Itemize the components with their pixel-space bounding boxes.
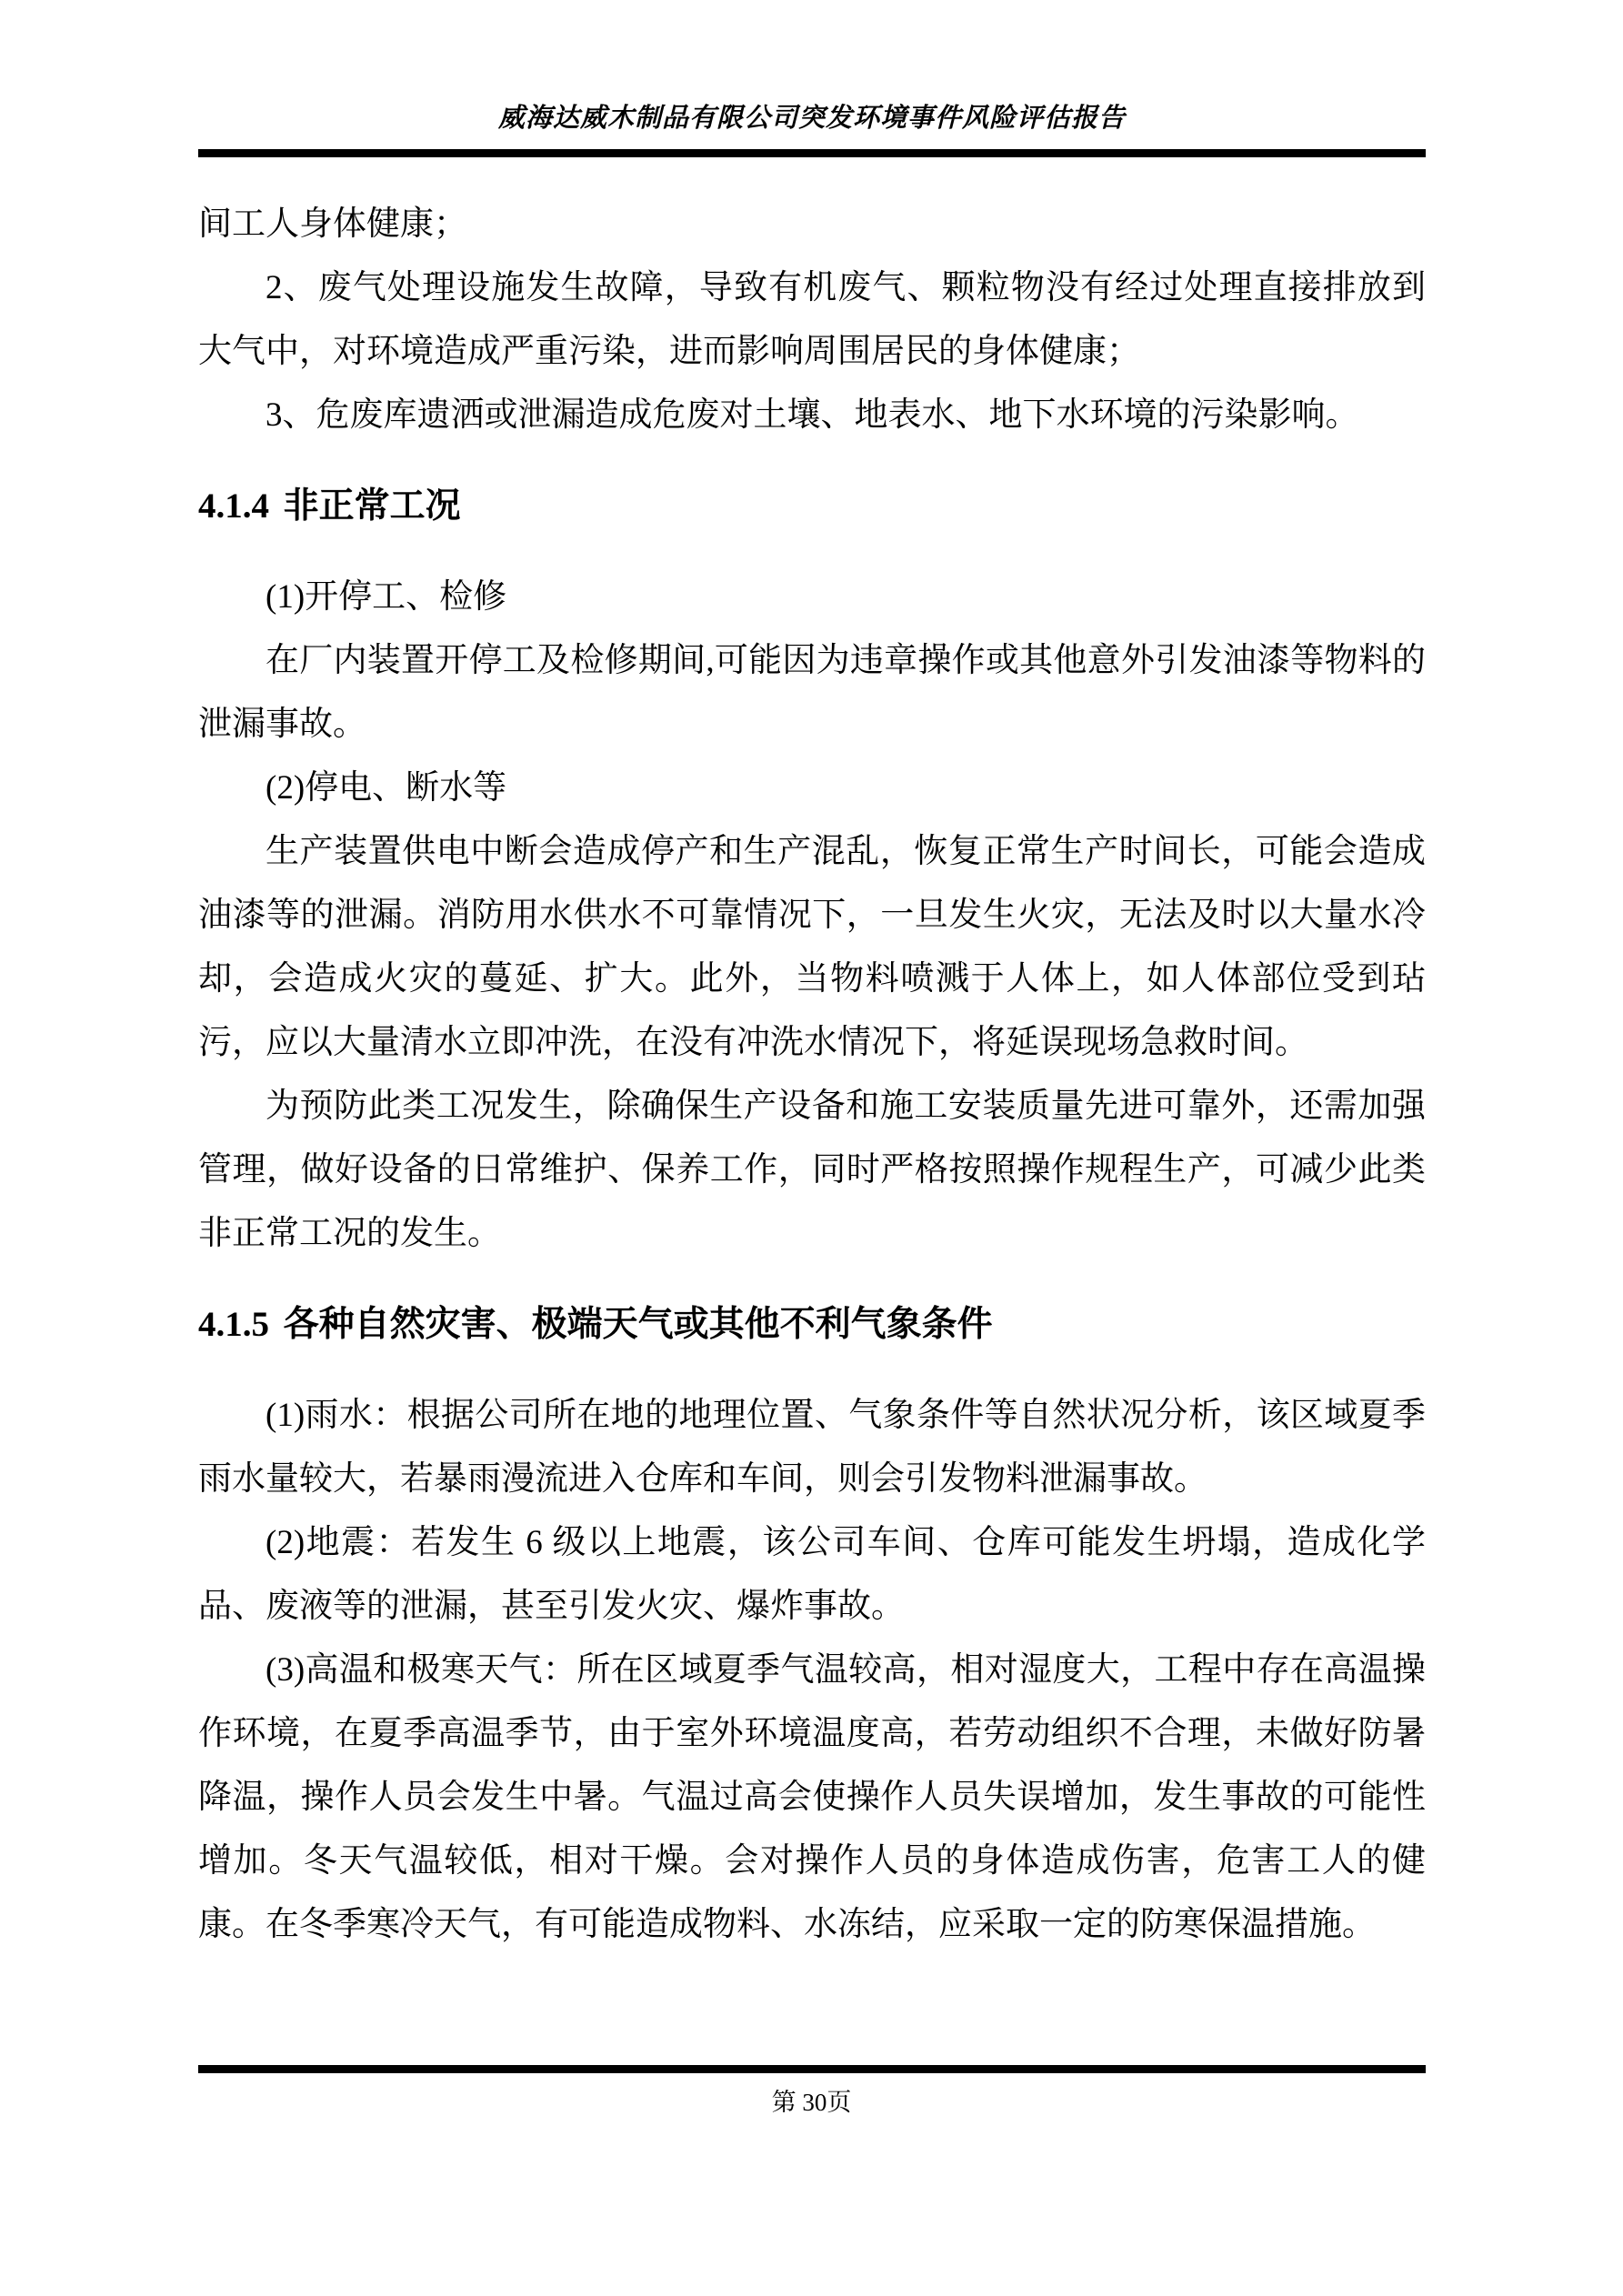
section-number: 4.1.5 [198, 1305, 269, 1344]
paragraph: (3)高温和极寒天气：所在区域夏季气温较高，相对湿度大，工程中存在高温操作环境，… [198, 1639, 1426, 1957]
paragraph: 生产装置供电中断会造成停产和生产混乱，恢复正常生产时间长，可能会造成油漆等的泄漏… [198, 820, 1426, 1075]
section-number: 4.1.4 [198, 486, 269, 526]
section-heading: 4.1.5各种自然灾害、极端天气或其他不利气象条件 [198, 1293, 1426, 1357]
document-body: 间工人身体健康；2、废气处理设施发生故障，导致有机废气、颗粒物没有经过处理直接排… [198, 193, 1426, 1957]
header-divider-line [198, 149, 1426, 157]
paragraph: 间工人身体健康； [198, 193, 1426, 256]
paragraph: (2)停电、断水等 [198, 757, 1426, 820]
paragraph: (1)雨水：根据公司所在地的地理位置、气象条件等自然状况分析，该区域夏季雨水量较… [198, 1384, 1426, 1511]
footer-divider-line [198, 2065, 1426, 2073]
paragraph: 2、废气处理设施发生故障，导致有机废气、颗粒物没有经过处理直接排放到大气中，对环… [198, 256, 1426, 384]
paragraph: (1)开停工、检修 [198, 566, 1426, 629]
section-heading: 4.1.4非正常工况 [198, 475, 1426, 538]
section-title: 非正常工况 [284, 486, 461, 526]
document-page: 威海达威木制品有限公司突发环境事件风险评估报告 间工人身体健康；2、废气处理设施… [0, 0, 1623, 2296]
paragraph: 3、危废库遗洒或泄漏造成危废对土壤、地表水、地下水环境的污染影响。 [198, 384, 1426, 447]
section-title: 各种自然灾害、极端天气或其他不利气象条件 [284, 1305, 993, 1344]
page-header-title: 威海达威木制品有限公司突发环境事件风险评估报告 [198, 100, 1426, 136]
paragraph: 在厂内装置开停工及检修期间,可能因为违章操作或其他意外引发油漆等物料的泄漏事故。 [198, 629, 1426, 757]
paragraph: 为预防此类工况发生，除确保生产设备和施工安装质量先进可靠外，还需加强管理，做好设… [198, 1075, 1426, 1266]
page-number: 第 30页 [0, 2084, 1623, 2121]
paragraph: (2)地震：若发生 6 级以上地震，该公司车间、仓库可能发生坍塌，造成化学品、废… [198, 1511, 1426, 1639]
